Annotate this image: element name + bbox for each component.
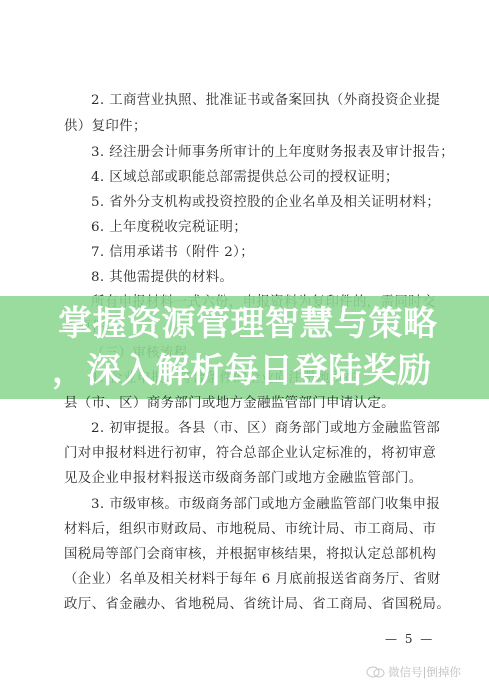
text-line: 门对申报材料进行初审，符合总部企业认定标准的，将初审意	[64, 446, 436, 462]
banner-title-line-1: 掌握资源管理智慧与策略	[58, 304, 438, 344]
document-page: 2. 工商营业执照、批准证书或备案回执（外商投资企业提供）复印件；3. 经注册会…	[0, 0, 489, 696]
banner-title-line-2: ，深入解析每日登陆奖励	[52, 351, 432, 391]
watermark: 微信号|倒掉你	[366, 664, 461, 680]
text-line: 6. 上年度税收完税证明；	[91, 220, 247, 236]
text-line: 2. 工商营业执照、批准证书或备案回执（外商投资企业提	[91, 93, 440, 109]
text-line: 2. 初审提报。各县（市、区）商务部门或地方金融监管部	[91, 421, 440, 437]
title-banner: 掌握资源管理智慧与策略 ，深入解析每日登陆奖励	[0, 296, 489, 399]
text-line: 3. 市级审核。市级商务部门或地方金融监管部门收集申报	[91, 497, 440, 513]
text-line: 3. 经注册会计师事务所审计的上年度财务报表及审计报告；	[91, 145, 454, 161]
text-line: 供）复印件；	[64, 119, 147, 135]
text-line: 县（市、区）商务部门或地方金融监管部门申请认定。	[64, 396, 395, 412]
text-line: 见及企业申报材料报送市级商务部门或地方金融监管部门。	[64, 471, 423, 487]
watermark-text: 微信号|倒掉你	[388, 664, 461, 680]
text-line: 7. 信用承诺书（附件 2）；	[91, 245, 254, 261]
text-line: 国税局等部门会商审核，并根据审核结果，将拟认定总部机构	[64, 547, 436, 563]
text-line: 政厅、省金融办、省地税局、省统计局、省工商局、省国税局。	[64, 597, 450, 613]
text-line: 4. 区域总部或职能总部需提供总公司的授权证明；	[91, 170, 399, 186]
text-line: 5. 省外分支机构或投资控股的企业名单及相关证明材料；	[91, 195, 440, 211]
text-line: 材料后，组织市财政局、市地税局、市统计局、市工商局、市	[64, 522, 436, 538]
text-line: （企业）名单及相关材料于每年 6 月底前报送省商务厅、省财	[64, 572, 441, 588]
page-number: — 5 —	[385, 632, 434, 646]
wechat-icon	[366, 666, 386, 678]
text-line: 8. 其他需提供的材料。	[91, 270, 233, 286]
